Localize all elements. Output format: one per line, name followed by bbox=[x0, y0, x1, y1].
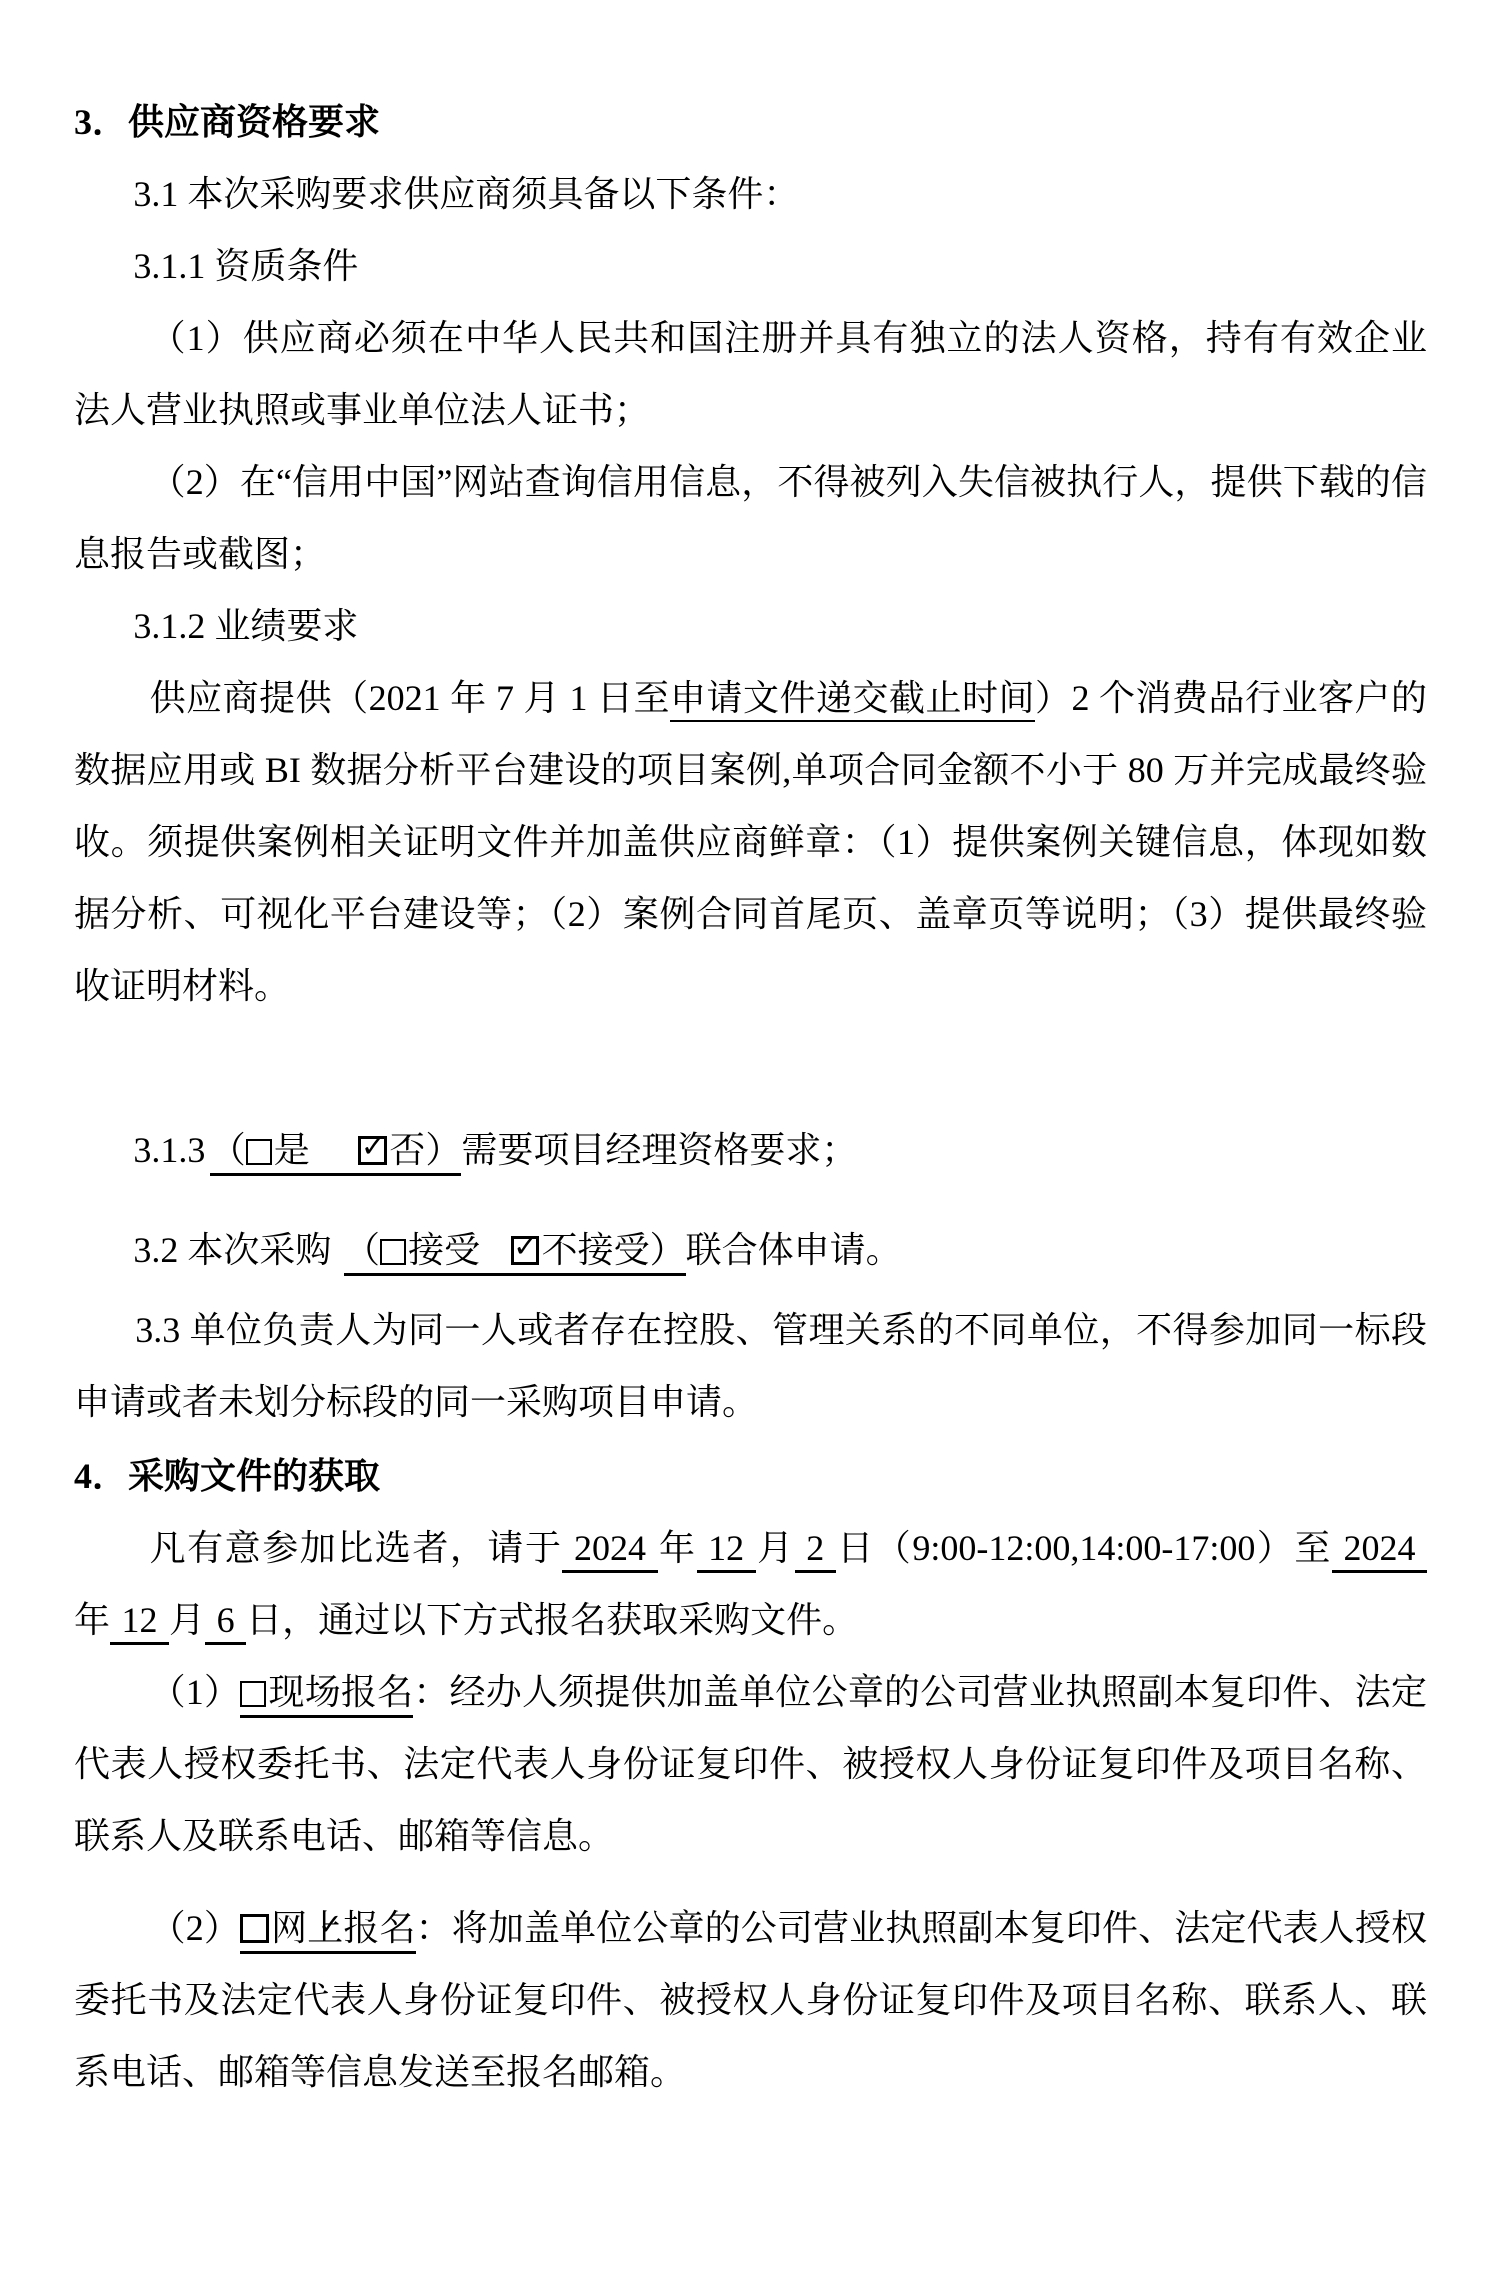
checkbox-online-checked-icon: ✓ bbox=[240, 1914, 269, 1943]
clause-3-1-3-number: 3.1.3 bbox=[133, 1130, 205, 1170]
onsite-item-number: （1） bbox=[150, 1672, 241, 1712]
performance-requirement-paragraph: 供应商提供（2021 年 7 月 1 日至申请文件递交截止时间）2 个消费品行业… bbox=[74, 662, 1427, 1022]
section-3-heading: 3．供应商资格要求 bbox=[74, 86, 1427, 158]
online-registration-choice: ✓网上报名 bbox=[240, 1908, 416, 1954]
clause-3-1-3-text: 需要项目经理资格要求； bbox=[461, 1130, 857, 1170]
clause-3-2: 3.2 本次采购（接受✓不接受）联合体申请。 bbox=[74, 1214, 1427, 1286]
pm-requirement-choice-group: （是✓否） bbox=[210, 1130, 462, 1176]
clause-3-3: 3.3 单位负责人为同一人或者存在控股、管理关系的不同单位，不得参加同一标段申请… bbox=[74, 1294, 1427, 1438]
registration-period-paragraph: 凡有意参加比选者，请于2024年12月2日（9:00-12:00,14:00-1… bbox=[74, 1512, 1427, 1656]
registration-text-1: 凡有意参加比选者，请于 bbox=[150, 1528, 563, 1568]
consortium-choice-group: （接受✓不接受） bbox=[344, 1230, 686, 1276]
month-label: 月 bbox=[169, 1600, 205, 1640]
year-label: 年 bbox=[74, 1600, 110, 1640]
checkbox-accept-label: 接受 bbox=[408, 1230, 480, 1270]
online-item-number: （2） bbox=[150, 1908, 240, 1948]
qualification-item-2: （2）在“信用中国”网站查询信用信息，不得被列入失信被执行人，提供下载的信息报告… bbox=[74, 446, 1427, 590]
check-icon: ✓ bbox=[513, 1232, 538, 1262]
clause-3-1-2: 3.1.2 业绩要求 bbox=[74, 590, 1427, 662]
close-paren: ） bbox=[650, 1230, 686, 1270]
section-4-heading: 4．采购文件的获取 bbox=[74, 1440, 1427, 1512]
registration-text-2: 日（9:00-12:00,14:00-17:00）至 bbox=[836, 1528, 1332, 1568]
checkbox-reject-checked-icon: ✓ bbox=[511, 1236, 540, 1265]
checkbox-yes-label: 是 bbox=[274, 1130, 310, 1170]
checkbox-yes-unchecked-icon bbox=[246, 1139, 272, 1165]
close-paren: ） bbox=[425, 1130, 461, 1170]
colon: ： bbox=[416, 1908, 452, 1948]
checkbox-onsite-unchecked-icon bbox=[240, 1681, 266, 1707]
clause-3-2-lead: 3.2 本次采购 bbox=[133, 1230, 331, 1270]
clause-3-1: 3.1 本次采购要求供应商须具备以下条件： bbox=[74, 158, 1427, 230]
open-paren: （ bbox=[344, 1230, 380, 1270]
qualification-item-1: （1）供应商必须在中华人民共和国注册并具有独立的法人资格，持有有效企业法人营业执… bbox=[74, 302, 1427, 446]
start-month-field: 12 bbox=[697, 1528, 756, 1573]
end-day-field: 6 bbox=[205, 1600, 246, 1645]
onsite-registration-choice: 现场报名 bbox=[240, 1672, 413, 1718]
performance-text-pre: 供应商提供（2021 年 7 月 1 日至 bbox=[150, 678, 670, 718]
end-month-field: 12 bbox=[110, 1600, 169, 1645]
end-year-field: 2024 bbox=[1332, 1528, 1427, 1573]
check-icon: ✓ bbox=[242, 1910, 342, 1940]
clause-3-1-1: 3.1.1 资质条件 bbox=[74, 230, 1427, 302]
clause-3-1-3: 3.1.3（是✓否）需要项目经理资格要求； bbox=[74, 1114, 1427, 1186]
registration-text-3: 日，通过以下方式报名获取采购文件。 bbox=[246, 1600, 858, 1640]
onsite-registration-paragraph: （1）现场报名：经办人须提供加盖单位公章的公司营业执照副本复印件、法定代表人授权… bbox=[74, 1656, 1427, 1872]
clause-3-2-text: 联合体申请。 bbox=[686, 1230, 902, 1270]
document-page: 3．供应商资格要求 3.1 本次采购要求供应商须具备以下条件： 3.1.1 资质… bbox=[0, 0, 1500, 2293]
checkbox-accept-unchecked-icon bbox=[380, 1239, 406, 1265]
checkbox-reject-label: 不接受 bbox=[542, 1230, 650, 1270]
checkbox-no-label: 否 bbox=[389, 1130, 425, 1170]
check-icon: ✓ bbox=[361, 1132, 386, 1162]
year-label: 年 bbox=[658, 1528, 697, 1568]
onsite-registration-label: 现场报名 bbox=[268, 1672, 413, 1712]
colon: ： bbox=[413, 1672, 449, 1712]
deadline-underlined-text: 申请文件递交截止时间 bbox=[670, 678, 1035, 722]
performance-text-post: ）2 个消费品行业客户的数据应用或 BI 数据分析平台建设的项目案例,单项合同金… bbox=[74, 678, 1427, 1006]
start-day-field: 2 bbox=[795, 1528, 836, 1573]
open-paren: （ bbox=[210, 1130, 246, 1170]
checkbox-no-checked-icon: ✓ bbox=[358, 1136, 387, 1165]
month-label: 月 bbox=[756, 1528, 795, 1568]
start-year-field: 2024 bbox=[562, 1528, 657, 1573]
online-registration-paragraph: （2）✓网上报名：将加盖单位公章的公司营业执照副本复印件、法定代表人授权委托书及… bbox=[74, 1892, 1427, 2108]
